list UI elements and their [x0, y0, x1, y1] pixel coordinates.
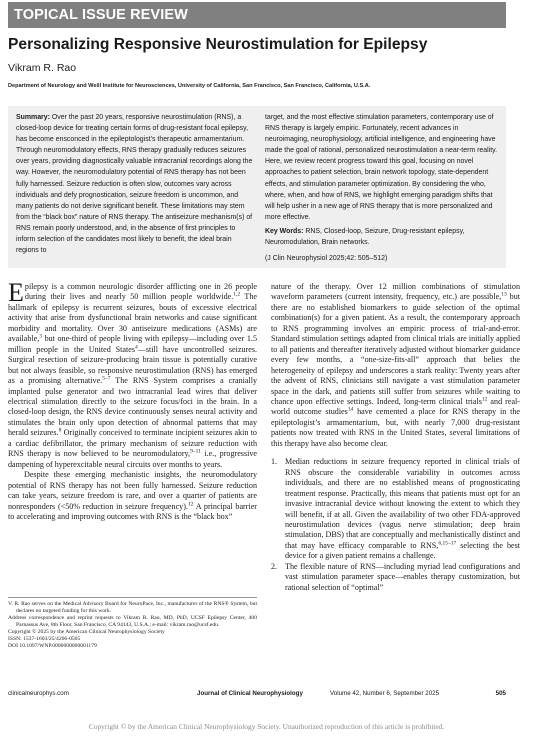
copyright-notice: Copyright © by the American Clinical Neu… — [0, 722, 533, 731]
list-number: 2. — [271, 562, 277, 572]
abstract-left-column: Summary: Over the past 20 years, respons… — [16, 112, 254, 256]
journal-citation: (J Clin Neurophysiol 2025;42: 505–512) — [265, 253, 503, 264]
limitations-list: 1. Median reductions in seizure frequenc… — [271, 457, 520, 593]
volume-info: Volume 42, Number 6, September 2025 — [330, 690, 439, 697]
abstract-box: Summary: Over the past 20 years, respons… — [8, 106, 506, 268]
drop-cap: E — [8, 283, 24, 302]
summary-label: Summary: — [16, 114, 50, 121]
copyright-line: Copyright © 2025 by the American Clinica… — [8, 629, 257, 636]
list-item: 2. The flexible nature of RNS—including … — [271, 562, 520, 593]
journal-website-link[interactable]: clinicalneurophys.com — [8, 690, 69, 697]
intro-paragraph-3: nature of the therapy. Over 12 million c… — [271, 282, 520, 449]
list-number: 1. — [271, 457, 277, 467]
section-banner: TOPICAL ISSUE REVIEW — [8, 2, 506, 28]
abstract-right-column: target, and the most effective stimulati… — [265, 112, 503, 264]
footnotes: V. R. Rao serves on the Medical Advisory… — [8, 601, 257, 650]
author-affiliation: Department of Neurology and Weill Instit… — [8, 83, 528, 89]
correspondence-address: Address correspondence and reprint reque… — [8, 615, 257, 629]
text: but there are no established biomarkers … — [271, 292, 520, 406]
issn: ISSN: 1537-1603/25/4206-0505 — [8, 636, 257, 643]
journal-name: Journal of Clinical Neurophysiology — [197, 690, 303, 697]
summary-text-left: Over the past 20 years, responsive neuro… — [16, 114, 252, 254]
intro-paragraph-1: Epilepsy is a common neurologic disorder… — [8, 282, 257, 470]
summary-text-right: target, and the most effective stimulati… — [265, 112, 503, 223]
disclosure-note: V. R. Rao serves on the Medical Advisory… — [8, 601, 257, 615]
article-title: Personalizing Responsive Neurostimulatio… — [8, 36, 528, 54]
page-footer: clinicalneurophys.com Journal of Clinica… — [8, 690, 506, 702]
page-number: 505 — [496, 690, 506, 697]
text: pilepsy is a common neurologic disorder … — [25, 282, 257, 301]
body-right-column: nature of the therapy. Over 12 million c… — [271, 282, 520, 593]
text: The flexible nature of RNS—including myr… — [285, 562, 520, 592]
text: nature of the therapy. Over 12 million c… — [271, 282, 520, 301]
keywords-label: Key Words: — [265, 228, 303, 235]
keywords: Key Words: RNS, Closed-loop, Seizure, Dr… — [265, 226, 503, 248]
intro-paragraph-2: Despite these emerging mechanistic insig… — [8, 470, 257, 522]
footnote-divider — [8, 597, 257, 598]
text: Median reductions in seizure frequency r… — [285, 457, 520, 550]
list-item: 1. Median reductions in seizure frequenc… — [271, 457, 520, 562]
doi[interactable]: DOI 10.1097/WNP.0000000000001179 — [8, 643, 257, 650]
reference-link[interactable]: 9–11 — [190, 449, 201, 455]
reference-link[interactable]: 6,15–17 — [438, 540, 456, 546]
body-left-column: Epilepsy is a common neurologic disorder… — [8, 282, 257, 522]
author-name: Vikram R. Rao — [8, 62, 76, 74]
